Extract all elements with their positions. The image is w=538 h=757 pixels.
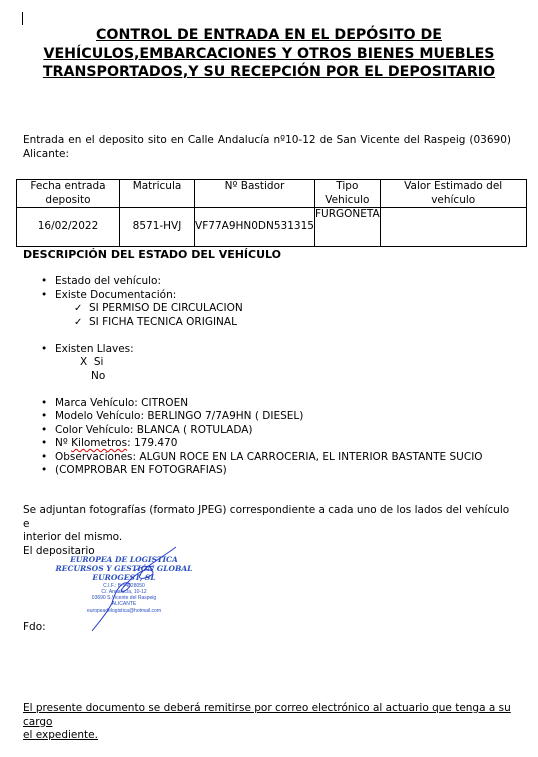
- bullet-icon: •: [41, 451, 55, 465]
- header-fecha: Fecha entrada deposito: [17, 180, 120, 208]
- footer-line-1: El presente documento se deberá remitirs…: [23, 702, 513, 729]
- list-item-documentacion: •Existe Documentación:: [41, 289, 176, 303]
- llaves-mark-si: X: [80, 356, 87, 368]
- list-item-comprobar: •(COMPROBAR EN FOTOGRAFIAS): [41, 464, 227, 478]
- bullet-icon: •: [41, 275, 55, 289]
- section-heading: DESCRIPCIÓN DEL ESTADO DEL VEHÍCULO: [23, 248, 281, 261]
- list-item-color: •Color Vehículo: BLANCA ( ROTULADA): [41, 424, 253, 438]
- text-cursor: [22, 12, 23, 25]
- vehicle-table: Fecha entrada deposito Matricula Nº Bast…: [16, 179, 527, 247]
- bullet-icon: •: [41, 437, 55, 451]
- list-item-llaves: •Existen Llaves:: [41, 343, 134, 357]
- llaves-option-no: No: [91, 370, 105, 384]
- check-item-permiso: ✓SI PERMISO DE CIRCULACION: [74, 302, 243, 316]
- document-title: CONTROL DE ENTRADA EN EL DEPÓSITO DE VEH…: [0, 26, 538, 82]
- cell-tipo: FURGONETA: [315, 208, 381, 247]
- bullet-icon: •: [41, 410, 55, 424]
- bullet-icon: •: [41, 289, 55, 303]
- title-line-2: VEHÍCULOS,EMBARCACIONES Y OTROS BIENES M…: [0, 45, 538, 64]
- cell-bastidor: VF77A9HN0DN531315: [195, 208, 315, 247]
- table-header-row: Fecha entrada deposito Matricula Nº Bast…: [17, 180, 527, 208]
- intro-line-2: Alicante:: [23, 148, 69, 160]
- bullet-icon: •: [41, 464, 55, 478]
- list-item-marca: •Marca Vehículo: CITROEN: [41, 397, 188, 411]
- spellcheck-word: Kilometros: [71, 437, 127, 449]
- list-item-observaciones: •Observaciones: ALGUN ROCE EN LA CARROCE…: [41, 451, 483, 465]
- checkmark-icon: ✓: [74, 316, 89, 330]
- attachments-line-1: Se adjuntan fotografías (formato JPEG) c…: [23, 504, 518, 531]
- bullet-icon: •: [41, 424, 55, 438]
- header-valor: Valor Estimado del vehículo: [380, 180, 526, 208]
- footer-note: El presente documento se deberá remitirs…: [23, 702, 513, 743]
- bullet-icon: •: [41, 343, 55, 357]
- check-item-ficha: ✓SI FICHA TECNICA ORIGINAL: [74, 316, 237, 330]
- intro-paragraph: Entrada en el deposito sito en Calle And…: [23, 133, 511, 161]
- list-item-modelo: •Modelo Vehículo: BERLINGO 7/7A9HN ( DIE…: [41, 410, 303, 424]
- list-item-kilometros: •Nº Kilometros: 179.470: [41, 437, 177, 451]
- title-line-3: TRANSPORTADOS,Y SU RECEPCIÓN POR EL DEPO…: [0, 63, 538, 82]
- attachments-line-2: interior del mismo.: [23, 531, 518, 545]
- cell-valor: [380, 208, 526, 247]
- cell-fecha: 16/02/2022: [17, 208, 120, 247]
- header-bastidor: Nº Bastidor: [195, 180, 315, 208]
- bullet-icon: •: [41, 397, 55, 411]
- footer-line-2: el expediente.: [23, 729, 513, 743]
- intro-line-1: Entrada en el deposito sito en Calle And…: [23, 133, 511, 147]
- table-row: 16/02/2022 8571-HVJ VF77A9HN0DN531315 FU…: [17, 208, 527, 247]
- title-line-1: CONTROL DE ENTRADA EN EL DEPÓSITO DE: [0, 26, 538, 45]
- signature-label: Fdo:: [23, 621, 46, 633]
- header-matricula: Matricula: [120, 180, 195, 208]
- header-tipo: Tipo Vehiculo: [315, 180, 381, 208]
- checkmark-icon: ✓: [74, 302, 89, 316]
- company-stamp: EUROPEA DE LOGISTICA RECURSOS Y GESTIÓN …: [48, 545, 200, 633]
- cell-matricula: 8571-HVJ: [120, 208, 195, 247]
- signature-scribble: [48, 545, 200, 633]
- llaves-option-si: X Si: [80, 356, 103, 370]
- list-item-estado: •Estado del vehículo:: [41, 275, 161, 289]
